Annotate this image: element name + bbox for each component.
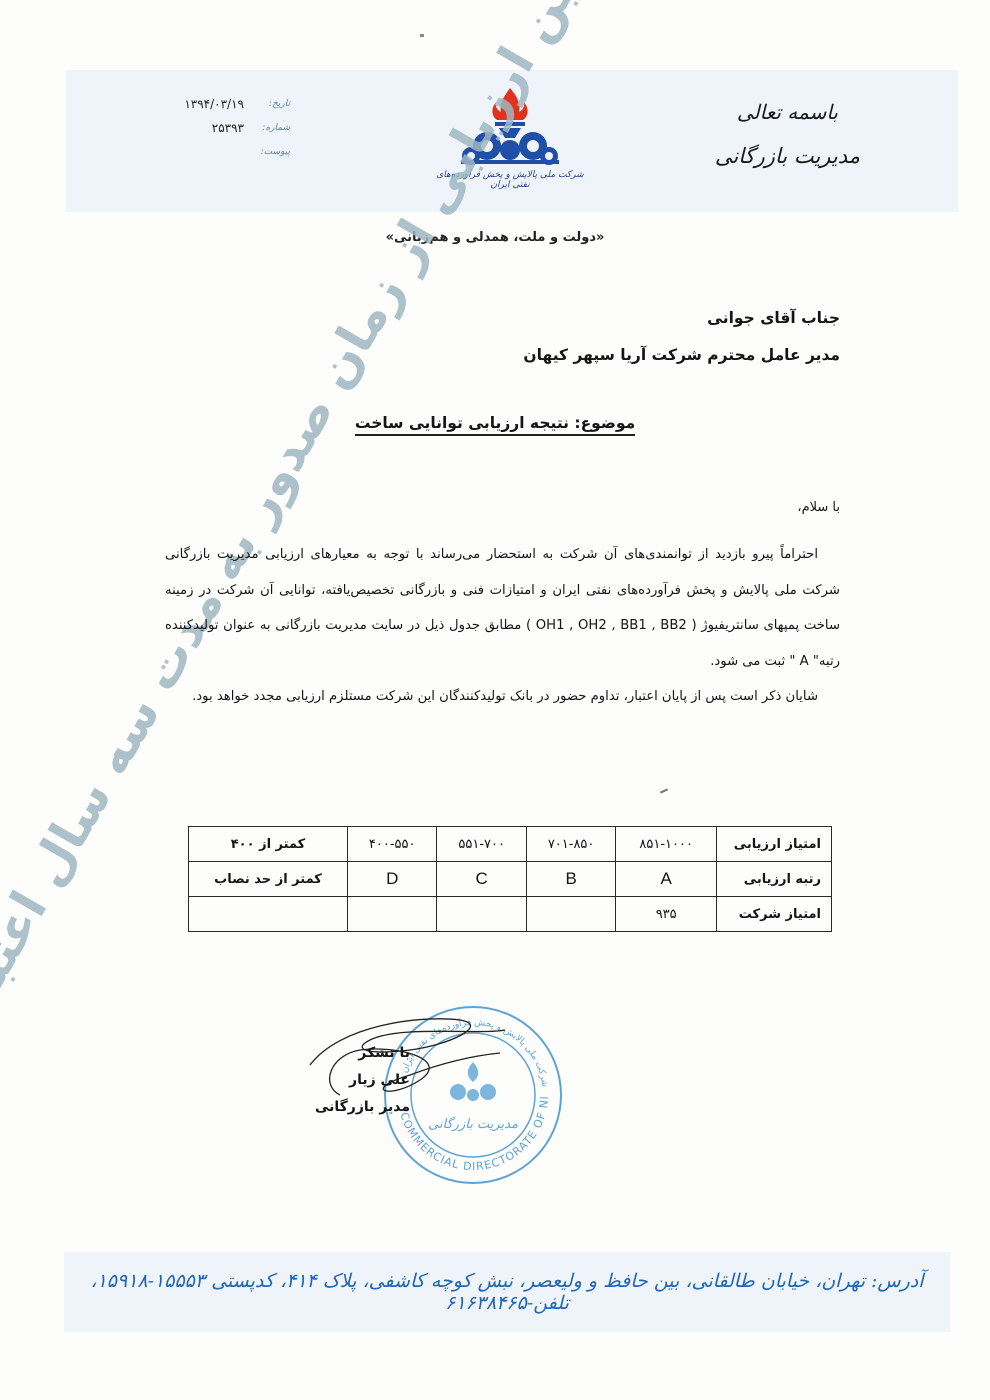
department-name: مدیریت بازرگانی — [715, 144, 860, 168]
table-row: امتیاز شرکت ۹۳۵ — [189, 897, 832, 932]
closing-text: با تشکر — [280, 1040, 410, 1067]
signature-block: با تشکر علی زیار مدیر بازرگانی — [280, 1040, 410, 1121]
table-cell: A — [616, 862, 717, 897]
table-cell — [189, 897, 348, 932]
footer-address: آدرس: تهران، خیابان طالقانی، بین حافظ و … — [64, 1270, 950, 1314]
subject-line: موضوع: نتیجه ارزیابی توانایی ساخت — [0, 413, 990, 436]
table-cell: ۹۳۵ — [616, 897, 717, 932]
invocation-text: باسمه تعالی — [715, 100, 860, 124]
svg-text:مدیریت بازرگانی: مدیریت بازرگانی — [428, 1116, 518, 1132]
row-header: امتیاز شرکت — [717, 897, 832, 932]
salutation: با سلام، — [797, 500, 840, 515]
letterhead-title: باسمه تعالی مدیریت بازرگانی — [715, 100, 860, 168]
table-cell — [437, 897, 526, 932]
table-cell: B — [526, 862, 615, 897]
table-cell: ۷۰۱-۸۵۰ — [526, 827, 615, 862]
letter-meta: تاریخ: ۱۳۹۴/۰۳/۱۹ شماره: ۲۵۳۹۳ پیوست: — [140, 92, 290, 164]
date-label: تاریخ: — [252, 99, 290, 109]
table-cell: کمتر از ۴۰۰ — [189, 827, 348, 862]
table-cell: D — [348, 862, 437, 897]
row-header: رتبه ارزیابی — [717, 862, 832, 897]
table-row: رتبه ارزیابی A B C D کمتر از حد نصاب — [189, 862, 832, 897]
table-cell: کمتر از حد نصاب — [189, 862, 348, 897]
table-cell — [526, 897, 615, 932]
subject-text: موضوع: نتیجه ارزیابی توانایی ساخت — [355, 414, 635, 436]
letter-body: احتراماً پیرو بازدید از توانمندی‌های آن … — [165, 537, 840, 715]
evaluation-table: امتیاز ارزیابی ۸۵۱-۱۰۰۰ ۷۰۱-۸۵۰ ۵۵۱-۷۰۰ … — [188, 826, 832, 932]
table-cell: C — [437, 862, 526, 897]
table-row: امتیاز ارزیابی ۸۵۱-۱۰۰۰ ۷۰۱-۸۵۰ ۵۵۱-۷۰۰ … — [189, 827, 832, 862]
number-label: شماره: — [252, 123, 290, 133]
table-cell: ۵۵۱-۷۰۰ — [437, 827, 526, 862]
table-cell: ۸۵۱-۱۰۰۰ — [616, 827, 717, 862]
body-paragraph-2: شایان ذکر است پس از پایان اعتبار، تداوم … — [165, 679, 840, 715]
attachment-label: پیوست: — [252, 147, 290, 157]
number-row: شماره: ۲۵۳۹۳ — [140, 116, 290, 140]
scan-speck — [420, 34, 424, 37]
signatory-title: مدیر بازرگانی — [280, 1094, 410, 1121]
table-cell — [348, 897, 437, 932]
recipient-block: جناب آقای جوانی مدیر عامل محترم شرکت آری… — [523, 300, 840, 374]
pen-mark — [660, 788, 668, 793]
recipient-name: جناب آقای جوانی — [523, 300, 840, 337]
date-row: تاریخ: ۱۳۹۴/۰۳/۱۹ — [140, 92, 290, 116]
recipient-title: مدیر عامل محترم شرکت آریا سپهر کیهان — [523, 337, 840, 374]
date-value: ۱۳۹۴/۰۳/۱۹ — [184, 97, 244, 111]
table-cell: ۴۰۰-۵۵۰ — [348, 827, 437, 862]
attachment-row: پیوست: — [140, 140, 290, 164]
slogan: «دولت و ملت، همدلی و هم‌زبانی» — [0, 230, 990, 245]
row-header: امتیاز ارزیابی — [717, 827, 832, 862]
signatory-name: علی زیار — [280, 1067, 410, 1094]
number-value: ۲۵۳۹۳ — [212, 121, 244, 135]
body-paragraph-1: احتراماً پیرو بازدید از توانمندی‌های آن … — [165, 537, 840, 679]
